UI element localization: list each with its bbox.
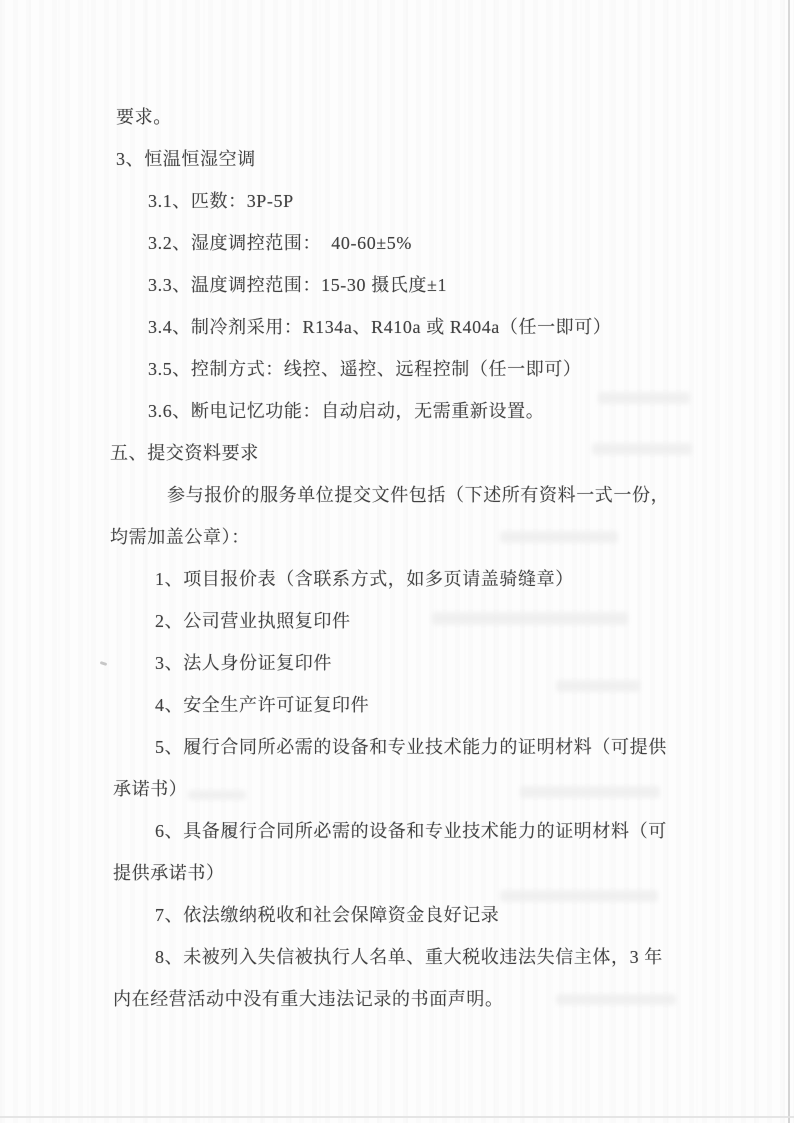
document-body: 要求。 3、恒温恒湿空调 3.1、匹数：3P-5P 3.2、湿度调控范围： 40… — [0, 96, 794, 1020]
section-heading: 五、提交资料要求 — [110, 432, 794, 474]
spec-item: 3.4、制冷剂采用：R134a、R410a 或 R404a（任一即可） — [148, 306, 794, 348]
list-item: 3、法人身份证复印件 — [155, 642, 794, 684]
spec-item: 3.5、控制方式：线控、遥控、远程控制（任一即可） — [148, 348, 794, 390]
list-item-wrap: 提供承诺书） — [113, 852, 794, 894]
document-page: 要求。 3、恒温恒湿空调 3.1、匹数：3P-5P 3.2、湿度调控范围： 40… — [0, 0, 794, 1123]
spec-item: 3.3、温度调控范围：15-30 摄氏度±1 — [148, 264, 794, 306]
spec-item: 3.2、湿度调控范围： 40-60±5% — [148, 222, 794, 264]
list-item: 8、未被列入失信被执行人名单、重大税收违法失信主体，3 年 — [155, 936, 794, 978]
list-item: 5、履行合同所必需的设备和专业技术能力的证明材料（可提供 — [155, 726, 794, 768]
list-item-wrap: 承诺书） — [113, 768, 794, 810]
section-heading: 3、恒温恒湿空调 — [116, 138, 794, 180]
paragraph-line: 均需加盖公章）： — [110, 516, 794, 558]
list-item: 4、安全生产许可证复印件 — [155, 684, 794, 726]
paragraph-line: 参与报价的服务单位提交文件包括（下述所有资料一式一份， — [167, 474, 794, 516]
spec-item: 3.1、匹数：3P-5P — [148, 180, 794, 222]
scan-edge-bottom — [0, 1116, 794, 1118]
spec-item: 3.6、断电记忆功能：自动启动，无需重新设置。 — [148, 390, 794, 432]
list-item: 2、公司营业执照复印件 — [155, 600, 794, 642]
list-item-wrap: 内在经营活动中没有重大违法记录的书面声明。 — [113, 978, 794, 1020]
list-item: 1、项目报价表（含联系方式，如多页请盖骑缝章） — [155, 558, 794, 600]
scan-edge-right — [788, 0, 790, 1123]
text-line: 要求。 — [116, 96, 794, 138]
list-item: 7、依法缴纳税收和社会保障资金良好记录 — [155, 894, 794, 936]
list-item: 6、具备履行合同所必需的设备和专业技术能力的证明材料（可 — [155, 810, 794, 852]
